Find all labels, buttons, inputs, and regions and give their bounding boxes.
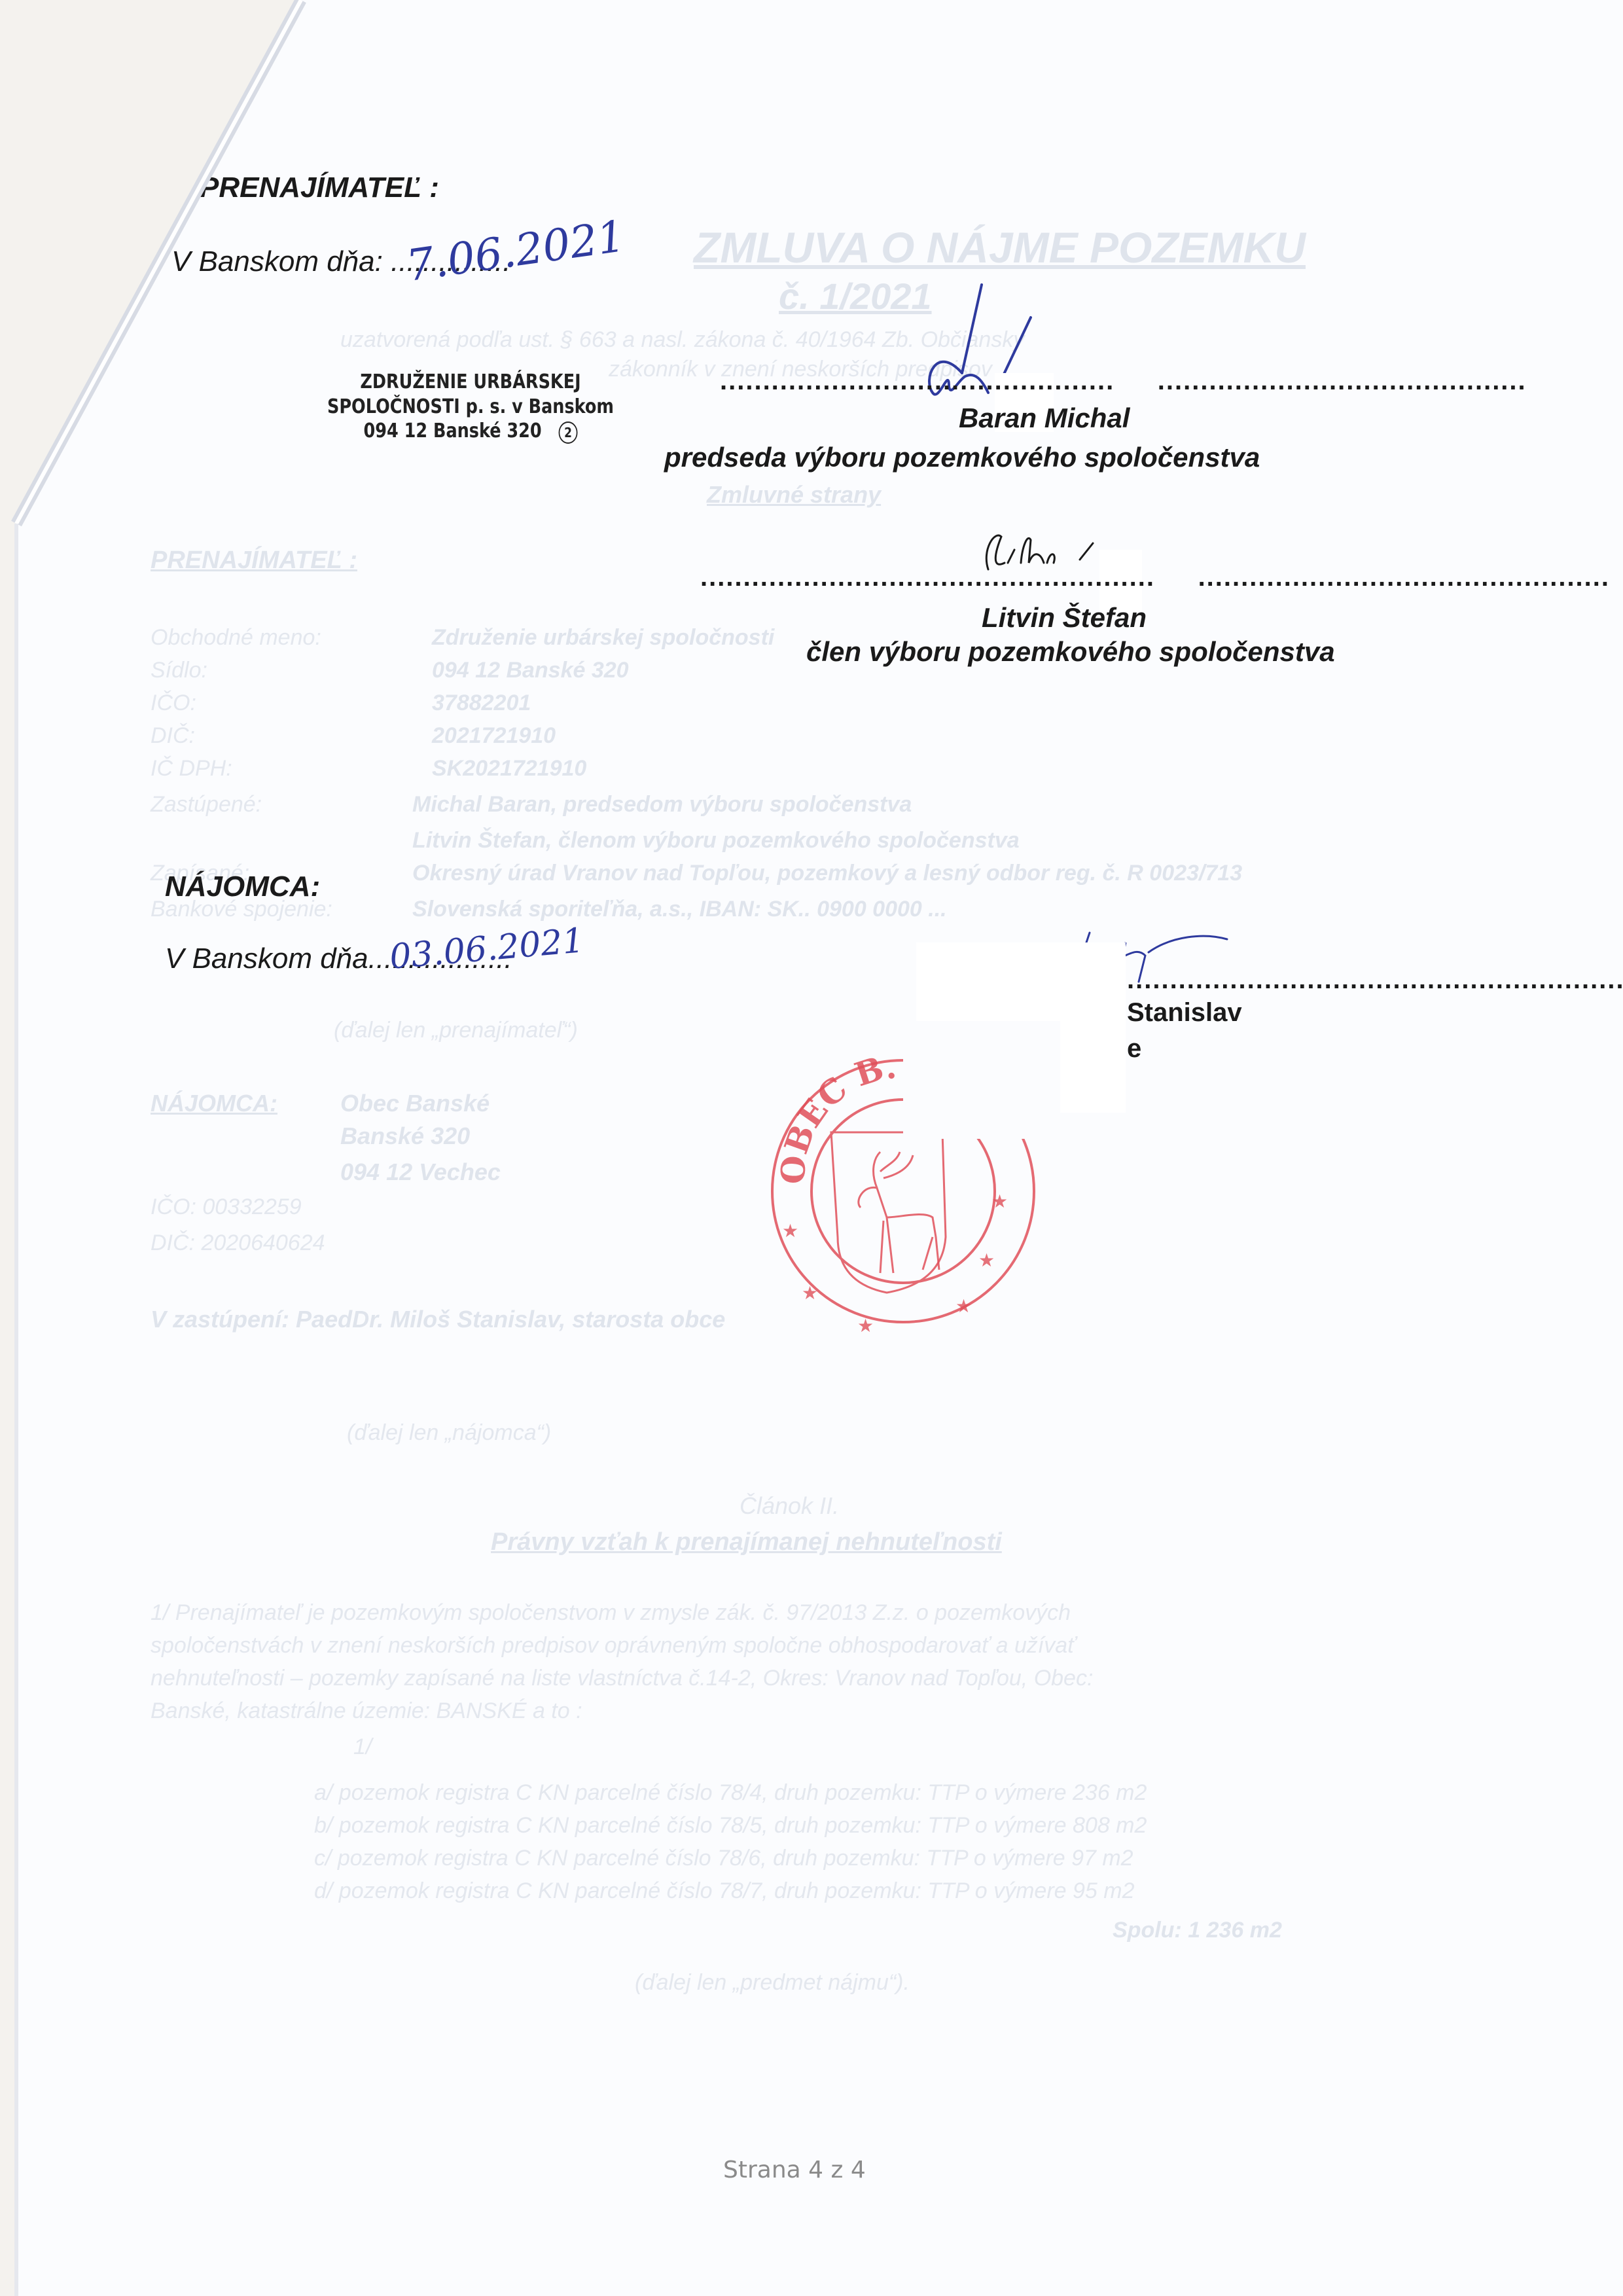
landlord-heading: PRENAJÍMATEĽ :	[200, 171, 439, 204]
document-page: ZMLUVA O NÁJME POZEMKU č. 1/2021 uzatvor…	[0, 0, 1623, 2296]
bleed-parties-heading: Zmluvné strany	[707, 481, 881, 509]
stamp-text: OBEC B.	[773, 1047, 898, 1185]
bleed-row-value: Michal Baran, predsedom výboru spoločens…	[412, 792, 912, 817]
bleed-tenant-dic: DIČ: 2020640624	[151, 1230, 325, 1256]
bleed-row-label: Zastúpené:	[151, 792, 262, 817]
svg-text:★: ★	[991, 1191, 1008, 1212]
bleed-row-label: IČ DPH:	[151, 756, 232, 781]
svg-text:★: ★	[955, 1295, 972, 1317]
tenant-handwritten-date: 03.06.2021	[388, 921, 586, 977]
bleed-title: ZMLUVA O NÁJME POZEMKU	[694, 223, 1306, 272]
bleed-row-value: 094 12 Banské 320	[432, 658, 629, 683]
bleed-tenant-rep: V zastúpení: PaedDr. Miloš Stanislav, st…	[151, 1306, 725, 1333]
seal-number-badge: 2	[559, 422, 578, 444]
bleed-row-value: 2021721910	[432, 723, 556, 749]
signatory-1-name: Baran Michal	[959, 403, 1130, 434]
signature-line-litvin: ........................................…	[700, 563, 1610, 592]
bleed-tenant-line-2: Banské 320	[340, 1122, 470, 1150]
bleed-tenant-ico: IČO: 00332259	[151, 1194, 302, 1220]
bleed-subject-alias: (ďalej len „predmet nájmu“).	[635, 1970, 910, 1996]
landlord-handwritten-date: 7.06.2021	[403, 211, 628, 291]
svg-text:OBEC B.: OBEC B.	[773, 1047, 898, 1185]
urbarska-seal: ZDRUŽENIE URBÁRSKEJ SPOLOČNOSTI p. s. v …	[327, 370, 614, 444]
bleed-tenant-heading: NÁJOMCA:	[151, 1090, 277, 1117]
svg-text:★: ★	[802, 1282, 818, 1304]
municipal-stamp: OBEC B. ★ ★ ★ ★ ★ ★	[746, 1021, 1060, 1335]
landlord-place-date-label: V Banskom dňa:	[171, 245, 383, 278]
bleed-parcel-a: a/ pozemok registra C KN parcelné číslo …	[314, 1780, 1147, 1806]
bleed-article-title: Právny vzťah k prenajímanej nehnuteľnost…	[491, 1528, 1002, 1556]
bleed-para-2: spoločenstvách v znení neskorších predpi…	[151, 1633, 1075, 1659]
bleed-row-value: Okresný úrad Vranov nad Topľou, pozemkov…	[412, 861, 1242, 886]
bleed-landlord-heading: PRENAJÍMATEĽ :	[151, 547, 357, 575]
bleed-parcel-d: d/ pozemok registra C KN parcelné číslo …	[314, 1878, 1135, 1904]
bleed-para-4: Banské, katastrálne územie: BANSKÉ a to …	[151, 1698, 582, 1724]
tenant-heading: NÁJOMCA:	[165, 870, 320, 903]
bleed-tenant-line-3: 094 12 Vechec	[340, 1158, 501, 1186]
bleed-row-label: Sídlo:	[151, 658, 207, 683]
bleed-para-3: nehnuteľnosti – pozemky zapísané na list…	[151, 1666, 1093, 1691]
bleed-row-value: Slovenská sporiteľňa, a.s., IBAN: SK.. 0…	[412, 897, 947, 922]
seal-line-2: SPOLOČNOSTI p. s. v Banskom	[327, 395, 614, 420]
svg-text:★: ★	[782, 1220, 798, 1242]
bleed-tenant-alias: (ďalej len „nájomca“)	[347, 1420, 551, 1446]
svg-text:★: ★	[978, 1249, 995, 1271]
bleed-row-value: Združenie urbárskej spoločnosti	[432, 625, 774, 651]
tenant-place-date-label: V Banskom dňa	[165, 942, 368, 975]
tenant-signatory-name: Stanislav	[1127, 998, 1242, 1028]
bleed-para-1: 1/ Prenajímateľ je pozemkovým spoločenst…	[151, 1600, 1071, 1626]
bleed-parcel-b: b/ pozemok registra C KN parcelné číslo …	[314, 1813, 1147, 1839]
bleed-parcel-c: c/ pozemok registra C KN parcelné číslo …	[314, 1846, 1133, 1871]
svg-text:★: ★	[857, 1315, 874, 1335]
bleed-number: č. 1/2021	[779, 275, 932, 317]
bleed-list-marker: 1/	[353, 1734, 372, 1760]
signatory-2-name: Litvin Štefan	[982, 602, 1147, 634]
stag-icon	[859, 1152, 939, 1273]
signature-line-baran: ........................................…	[720, 367, 1527, 396]
signature-line-mayor: ........................................…	[1127, 965, 1623, 995]
bleed-landlord-alias: (ďalej len „prenajímateľ“)	[334, 1018, 578, 1043]
seal-line-1: ZDRUŽENIE URBÁRSKEJ	[327, 370, 614, 395]
tenant-signatory-role: e	[1127, 1034, 1141, 1064]
bleed-row-value: SK2021721910	[432, 756, 586, 781]
bleed-row-label: Obchodné meno:	[151, 625, 321, 651]
bleed-article-number: Článok II.	[740, 1492, 839, 1520]
page-footer: Strana 4 z 4	[723, 2157, 866, 2183]
bleed-tenant-line-1: Obec Banské	[340, 1090, 490, 1117]
seal-line-3: 094 12 Banské 320 2	[327, 419, 614, 444]
bleed-row-label: IČO:	[151, 691, 196, 716]
bleed-row-value: 37882201	[432, 691, 531, 716]
bleed-total: Spolu: 1 236 m2	[1113, 1918, 1282, 1943]
signatory-1-role: predseda výboru pozemkového spoločenstva	[664, 442, 1260, 473]
signatory-2-role: člen výboru pozemkového spoločenstva	[806, 636, 1335, 668]
bleed-row-value: Litvin Štefan, členom výboru pozemkového…	[412, 828, 1020, 853]
bleed-row-label: DIČ:	[151, 723, 195, 749]
